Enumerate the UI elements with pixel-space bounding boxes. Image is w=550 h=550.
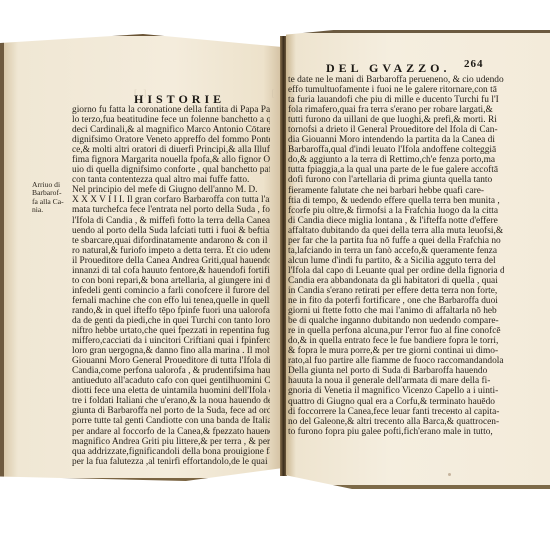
text-line: Candia era abbandonata da gli habitatori…	[288, 276, 504, 286]
text-line: Nel principio del mefe di Giugno dell'an…	[72, 185, 270, 195]
marginal-note: Arriuo di Barbarof- fa alla Ca- nia.	[32, 181, 64, 215]
running-head-right: DEL GVAZZO.	[326, 61, 450, 76]
text-line: te sbarcare,quai difordinatamente andaro…	[72, 236, 270, 246]
text-line: X X X V I I I. Il gran corfaro Barbaroff…	[72, 195, 270, 205]
text-line: da de genti da piedi,che in quei Turchi …	[72, 316, 270, 326]
text-line: affaltato dubitando da quei della terra …	[288, 226, 504, 236]
book-gutter	[280, 36, 287, 476]
foxing-spot	[222, 431, 225, 434]
foxing-spot	[448, 473, 451, 476]
text-line: per andare al foccorfo de la Canea,& fpe…	[72, 427, 270, 437]
text-line: te date ne le mani di Barbaroffa peruene…	[288, 75, 504, 85]
left-page-text: giorno fu fatta la coronatione della fan…	[72, 105, 270, 467]
text-line: ne in fito da poterfi fortificare , one …	[288, 296, 504, 306]
text-line: dignifsimo Oratore Veneto appreffo del f…	[72, 135, 270, 145]
text-line: l'Ifola di Candia , & miffefi fotto la t…	[72, 216, 270, 226]
page-number: 264	[464, 58, 484, 70]
text-line: giorni ui ftette fotto che mai l'animo d…	[288, 306, 504, 316]
text-line: to furono fopra piu galee pofti,fich'era…	[288, 427, 504, 437]
text-line: be di qualche inganno dubitando non uede…	[288, 316, 504, 326]
text-line: innanzi di tal cofa hauuto fentore,& hau…	[72, 266, 270, 276]
text-line: Barbaroffa,qual d'indi leuato l'Ifola an…	[288, 145, 504, 155]
open-book: [ ] [ ] HISTORIE Arriuo di Barbarof- fa …	[0, 0, 550, 550]
text-line: fcorfe piu oltre,& firmofsi a la Frafchi…	[288, 206, 504, 216]
text-line: ftia di tempo, & uedendo effere quella t…	[288, 196, 504, 206]
text-line: di foccorrere la Canea,fece leuar fanti …	[288, 407, 504, 417]
text-line: deci Cardinali,& al magnifico Marco Anto…	[72, 125, 270, 135]
text-line: infedeli genti comincio a farli conofcer…	[72, 286, 270, 296]
text-line: Della giunta nel porto di Suda di Barbar…	[288, 366, 504, 376]
text-line: mata turchefca fece l'entrata nel porto …	[72, 205, 270, 215]
text-line: con tanta contentezza qual altro mai fuf…	[72, 175, 270, 185]
text-line: hauuta la noua il generale dell'armata d…	[288, 376, 504, 386]
right-page: DEL GVAZZO. 264 te date ne le mani di Ba…	[286, 30, 550, 489]
text-line: Candia,come perfona ualorofa , & prudent…	[72, 366, 270, 376]
text-line: uio di quella dignifsimo conforte , qual…	[72, 165, 270, 175]
text-line: antiueduto all'acaduto cafo con quei gen…	[72, 376, 270, 386]
text-line: di Candia diece miglia lontana , & l'ift…	[288, 216, 504, 226]
text-line: no del Galeone,& altri trecento alla Bar…	[288, 417, 504, 427]
text-line: & fopra le mura porre,& per tre giorni c…	[288, 346, 504, 356]
text-line: l'Ifola dal capo di Leuante qual per ord…	[288, 266, 504, 276]
text-line: quattro di Giugno qual era a Corfu,& ter…	[288, 397, 504, 407]
text-line: dofi furono con l'artellaria di prima gi…	[288, 175, 504, 185]
text-line: rato,al fuo partire alle fiamme de fuoco…	[288, 356, 504, 366]
marginal-line: nia.	[32, 206, 64, 214]
text-line: il Proueditore della Canea Andrea Griti,…	[72, 256, 270, 266]
text-line: re in quella perfona alcuna,pur l'error …	[288, 326, 504, 336]
text-line: fieramente falutate che nei barbari hebb…	[288, 186, 504, 196]
text-line: tutta fpiaggia,a la qual una parte de le…	[288, 165, 504, 175]
left-page: [ ] [ ] HISTORIE Arriuo di Barbarof- fa …	[0, 34, 286, 481]
text-line: effo tumultuofamente i fuoi ne le galere…	[288, 85, 504, 95]
text-line: ta,lafciando in terra un fanò accefo,& q…	[288, 246, 504, 256]
text-line: to con boni repari,& bona artellaria, al…	[72, 276, 270, 286]
text-line: porre tutte tal genti Candiotte con una …	[72, 416, 270, 426]
text-line: miffero,cacciati da i uincitori Criftian…	[72, 336, 270, 346]
text-line: alcun lume d'indi fu partito, & a Sicili…	[288, 256, 504, 266]
text-line: giorno fu fatta la coronatione della fan…	[72, 105, 270, 115]
text-line: loro gran uergogna,& danno fino alla mar…	[72, 346, 270, 356]
right-page-text: te date ne le mani di Barbaroffa peruene…	[288, 75, 504, 437]
text-line: do,& aggiunto a la terra di Rettimo,ch'e…	[288, 155, 504, 165]
text-line: qua addrizzate,fignificandoli della bona…	[72, 447, 270, 457]
text-line: fola rimafero,quai fra terra s'erano per…	[288, 105, 504, 115]
text-line: niftro hebbe urtato,che quei fpezzati in…	[72, 326, 270, 336]
text-line: diotti fece una eletta de uintamila huom…	[72, 386, 270, 396]
text-line: ce,& molti altri oratori di diuerfi Prin…	[72, 145, 270, 155]
text-line: do,& in quella entrato fece le fue bandi…	[288, 336, 504, 346]
text-line: uendo al porto della Suda lafciati tutti…	[72, 226, 270, 236]
text-line: tre i foldati Italiani che u'erano,& la …	[72, 396, 270, 406]
text-line: Giouanni Moro General Proueditore di tut…	[72, 356, 270, 366]
text-line: dia Giouanni Moro intendendo la partita …	[288, 135, 504, 145]
text-line: gnoria di Venetia il magnifico Vicenzo C…	[288, 386, 504, 396]
text-line: per la fua falutezza ,al tenirfi efforta…	[72, 457, 270, 467]
text-line: lo terzo,fua beatitudine fece un folenne…	[72, 115, 270, 125]
text-line: per far che la partita fua nō fuffe a qu…	[288, 236, 504, 246]
text-line: fima fignora Margarita nouella fpofa,& a…	[72, 155, 270, 165]
text-line: in Candia s'erano retirati per effere de…	[288, 286, 504, 296]
text-line: rando,& in quel ifteffo tēpo fpinfe fuor…	[72, 306, 270, 316]
text-line: tutti furono da uillani de que luoghi,& …	[288, 115, 504, 125]
text-line: tornofsi a drieto il General Proueditore…	[288, 125, 504, 135]
text-line: fernali machine che con effo lui tenea,q…	[72, 296, 270, 306]
text-line: ta furia lauandofi che piu di mille e du…	[288, 95, 504, 105]
text-line: giunta di Barbaroffa nel porto de la Sud…	[72, 406, 270, 416]
text-line: magnifico Andrea Griti piu littere,& per…	[72, 437, 270, 447]
text-line: ro natural,& furiofo impeto a detta terr…	[72, 246, 270, 256]
